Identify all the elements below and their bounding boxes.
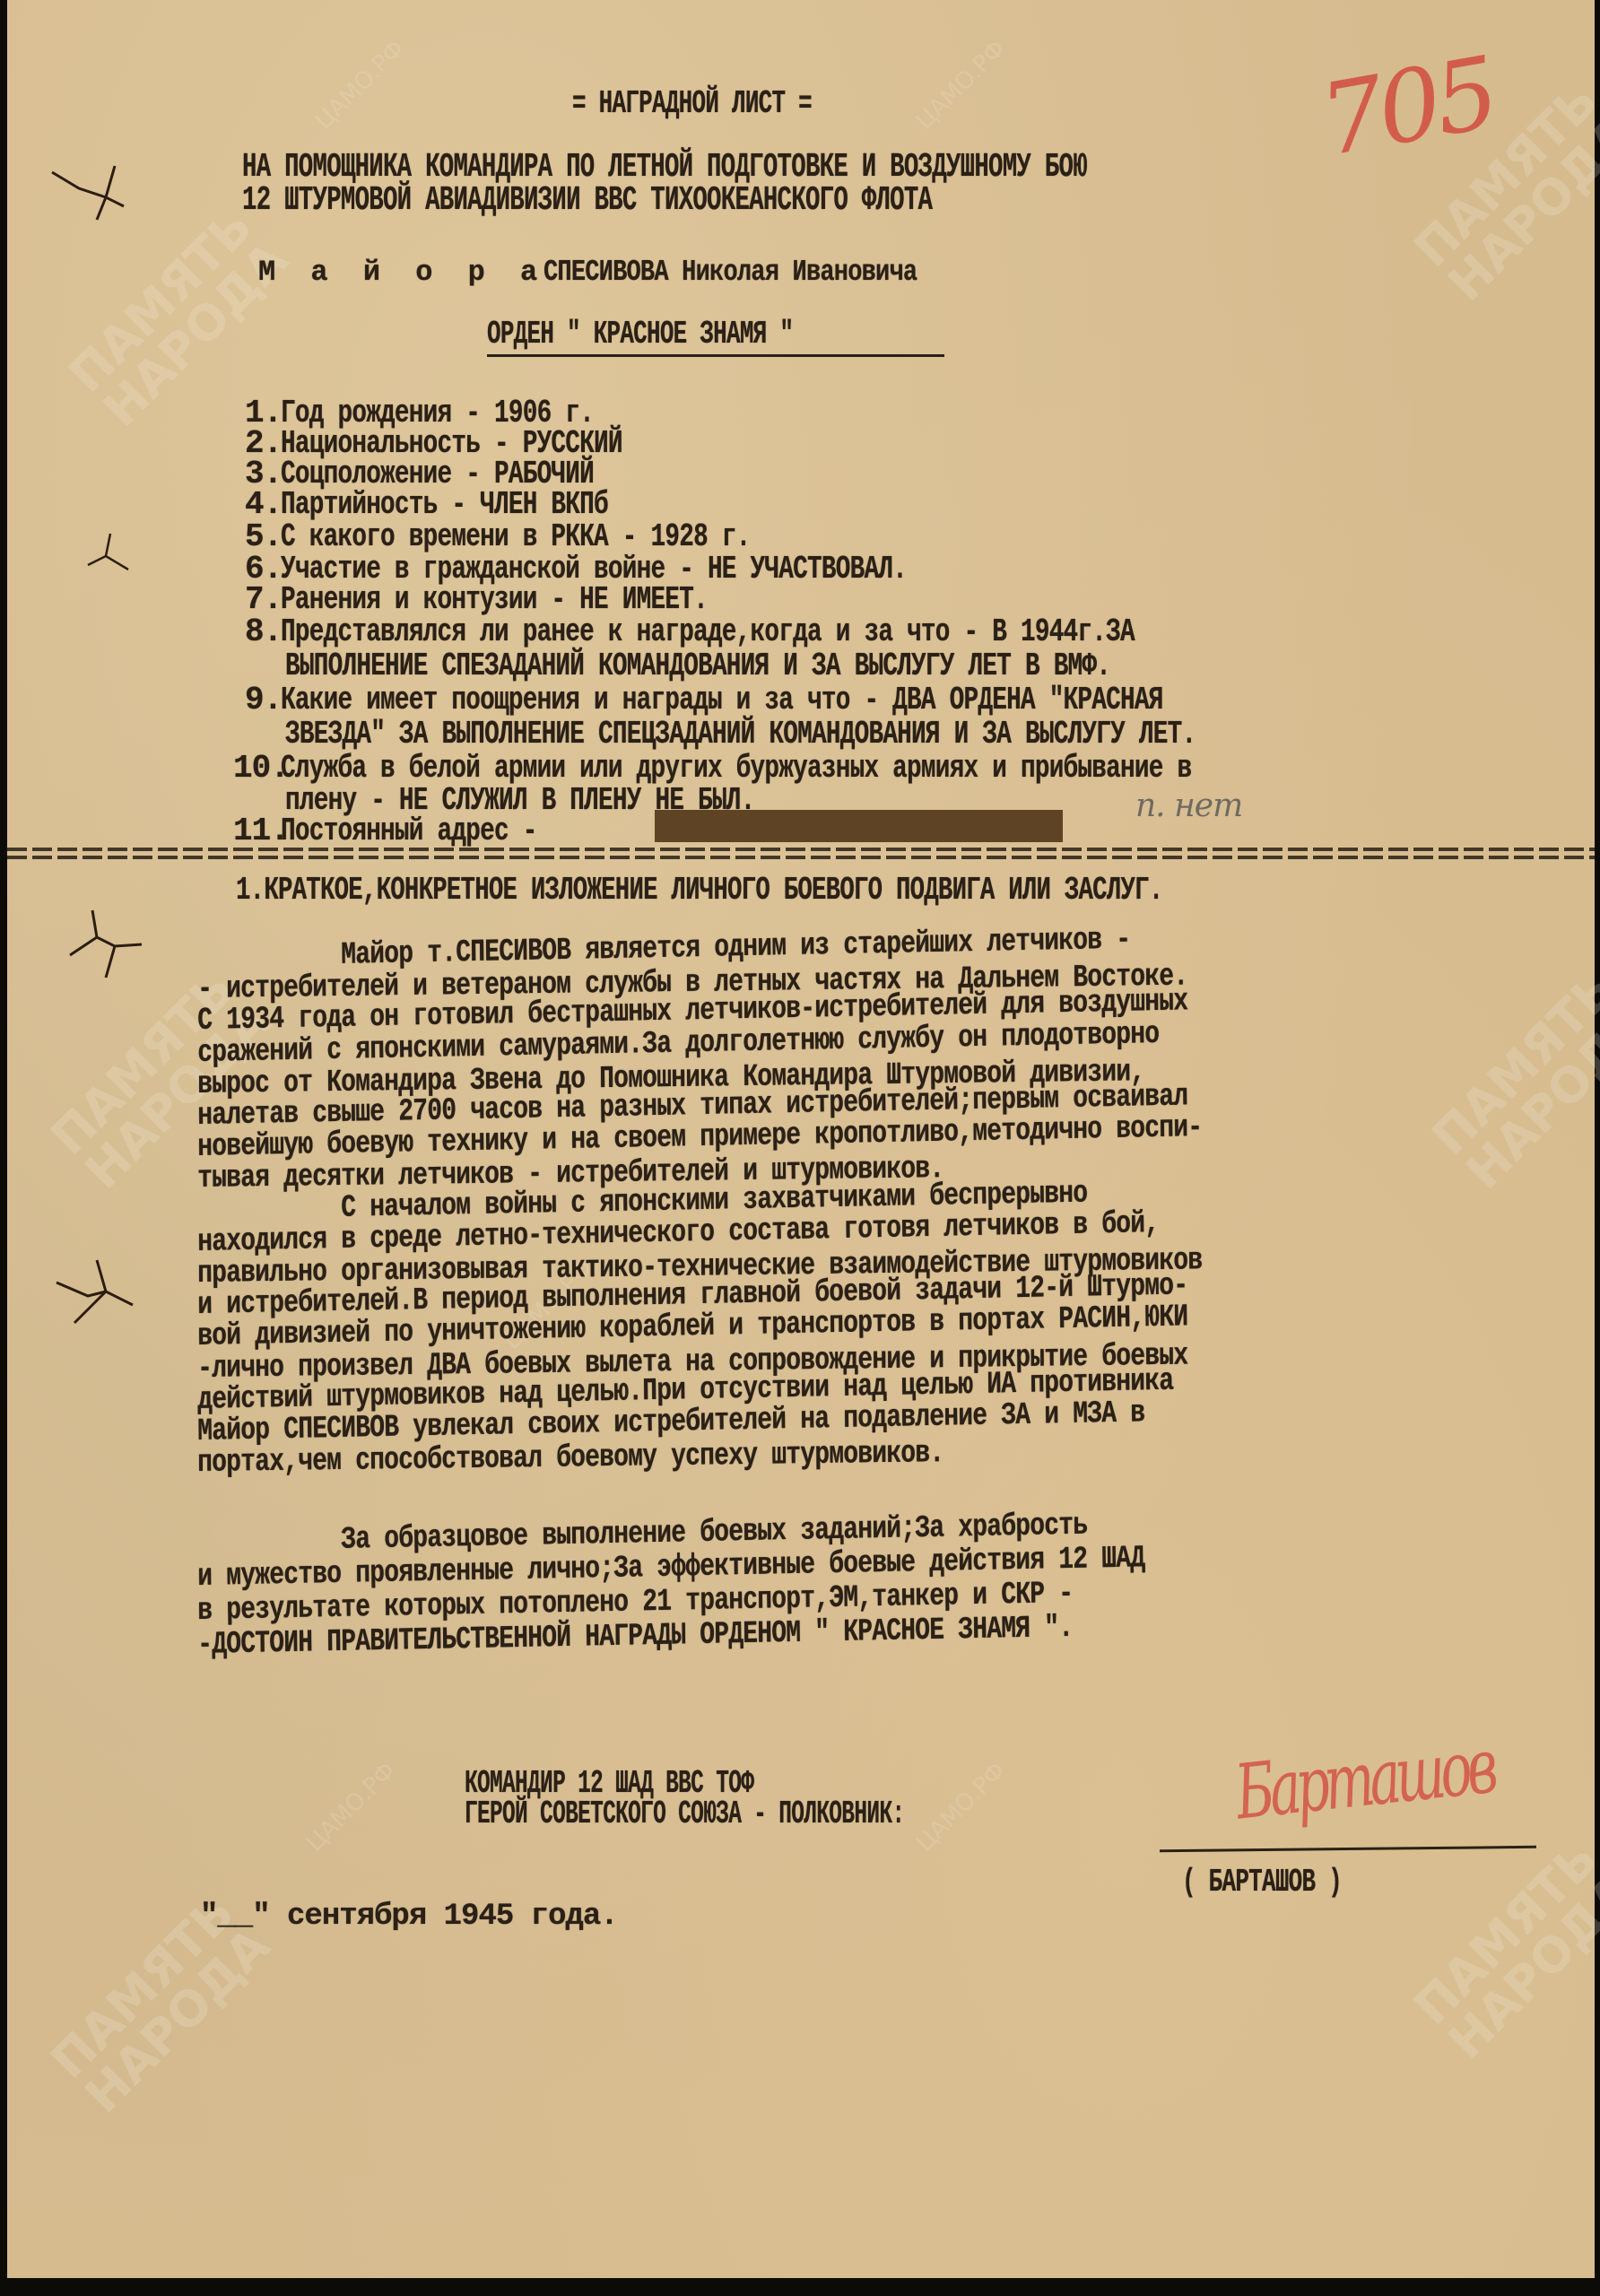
section-heading: 1.КРАТКОЕ,КОНКРЕТНОЕ ИЗЛОЖЕНИЕ ЛИЧНОГО Б… [236,872,1162,909]
question-number: 7. [245,581,282,618]
watermark-small: ЦАМО.РФ [911,1757,1011,1857]
recipient-position-line-2: 12 ШТУРМОВОЙ АВИАДИВИЗИИ ВВС ТИХООКЕАНСК… [242,181,932,220]
question-number: 4. [245,486,282,523]
watermark-small: ЦАМО.РФ [301,1757,401,1857]
question-text: Ранения и контузии - НЕ ИМЕЕТ. [281,581,708,618]
watermark-text: НАРОДА [1438,1864,1600,2070]
watermark: ПАМЯТЬ НАРОДА [1424,962,1600,1197]
red-pencil-number: 705 [1312,35,1501,178]
question-text: Партийность - ЧЛЕН ВКПб [281,486,608,523]
tear-mark-icon [52,1256,142,1327]
rank: М а й о р а [258,256,546,289]
question-text-continued: ЗВЕЗДА" ЗА ВЫПОЛНЕНИЕ СПЕЦЗАДАНИЙ КОМАНД… [285,716,1196,752]
watermark: ПАМЯТЬ НАРОДА [1406,1832,1600,2067]
signature: Барташов [1231,1722,1497,1836]
question-text: Представлялся ли ранее к награде,когда и… [281,613,1135,650]
award-underline [487,354,944,357]
question-number: 5. [245,518,282,555]
question-text: Постоянный адрес - [281,813,537,849]
watermark-small: ЦАМО.РФ [310,35,410,135]
award-name: ОРДЕН " КРАСНОЕ ЗНАМЯ " [487,316,793,352]
watermark-text: НАРОДА [74,1918,281,2124]
question-text: Служба в белой армии или других буржуазн… [281,750,1191,787]
signatory-title-2: ГЕРОЙ СОВЕТСКОГО СОЮЗА - ПОЛКОВНИК: [465,1796,904,1832]
question-text: С какого времени в РККА - 1928 г. [281,518,751,555]
redacted-address [655,810,1063,842]
recipient-name: СПЕСИВОВА Николая Ивановича [543,256,917,289]
separator-line [7,848,1595,862]
document-title: = НАГРАДНОЙ ЛИСТ = [572,85,812,122]
watermark-text: ПАМЯТЬ [58,198,264,404]
pencil-note: п. нет [1135,787,1242,824]
watermark-text: ПАМЯТЬ [1422,961,1600,1166]
tear-mark-icon [43,161,142,224]
award-sheet-page: ПАМЯТЬ НАРОДА ПАМЯТЬ НАРОДА ПАМЯТЬ НАРОД… [7,0,1595,2278]
tear-mark-icon [61,901,151,982]
tear-mark-icon [79,529,142,583]
watermark-text: ПАМЯТЬ [1404,1831,1600,2036]
watermark-text: НАРОДА [1456,994,1600,1200]
watermark-small: ЦАМО.РФ [911,35,1011,135]
question-text-continued: ВЫПОЛНЕНИЕ СПЕЗАДАНИЙ КОМАНДОВАНИЯ И ЗА … [285,648,1110,684]
question-text: Какие имеет поощрения и награды и за что… [281,682,1163,718]
date: "__" сентября 1945 года. [200,1900,618,1934]
signatory-name: ( БАРТАШОВ ) [1182,1864,1342,1900]
question-number: 8. [245,613,282,650]
signature-line [1160,1846,1536,1852]
question-number: 9. [245,682,282,718]
